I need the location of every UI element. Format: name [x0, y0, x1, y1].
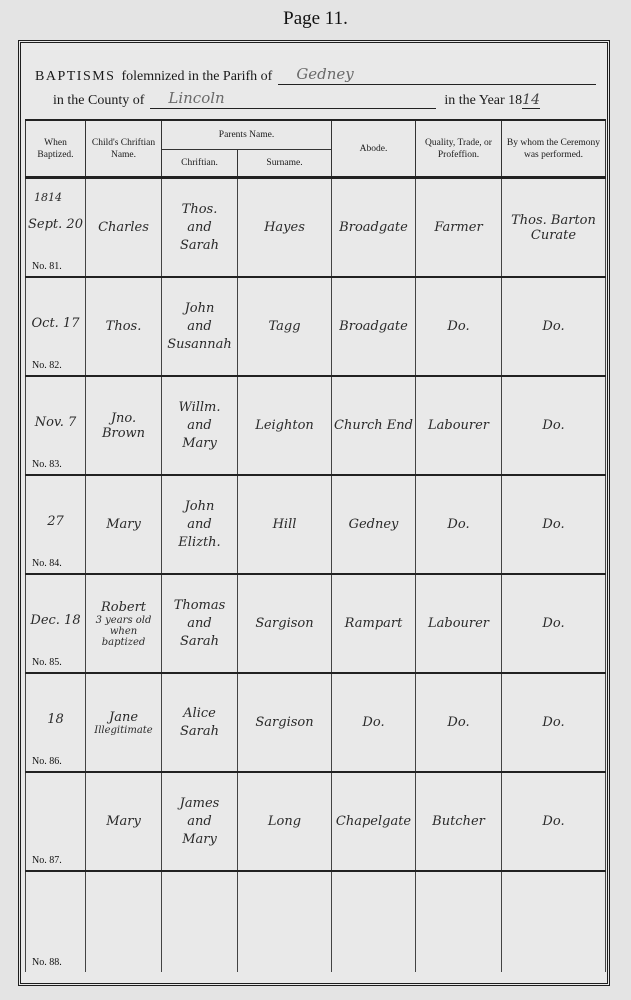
entry-father: John	[164, 498, 235, 516]
entry-date: Dec. 18	[28, 613, 83, 628]
heading-year-label: in the Year 18	[444, 93, 522, 109]
entry-number: No. 85.	[32, 657, 62, 668]
entry-mother: Susannah	[164, 336, 235, 354]
table-row: 1814Sept. 20No. 81. Charles Thos.andSara…	[26, 178, 606, 278]
county-field: Lincoln	[150, 88, 436, 109]
heading-baptisms: BAPTISMS	[35, 69, 115, 85]
table-row: No. 87. Mary JamesandMary Long Chapelgat…	[26, 772, 606, 871]
entry-number: No. 83.	[32, 459, 62, 470]
entry-mother: Sarah	[164, 237, 235, 255]
col-abode: Abode.	[332, 120, 416, 178]
entry-abode: Broadgate	[332, 277, 416, 376]
entry-by-whom: Do.	[502, 772, 606, 871]
entry-year: 1814	[34, 191, 62, 204]
entry-number: No. 87.	[32, 855, 62, 866]
entry-abode: Church End	[332, 376, 416, 475]
parish-field: Gedney	[278, 64, 596, 85]
entry-abode: Do.	[332, 673, 416, 772]
entry-quality: Farmer	[416, 178, 502, 278]
entry-mother: Mary	[164, 831, 235, 849]
entry-child: Mary	[86, 772, 162, 871]
entry-mother: Mary	[164, 435, 235, 453]
entry-father: John	[164, 300, 235, 318]
entry-and: and	[164, 318, 235, 336]
entry-surname	[238, 871, 332, 972]
page-title: Page 11.	[0, 8, 631, 30]
entry-number: No. 81.	[32, 261, 62, 272]
entry-quality: Do.	[416, 673, 502, 772]
entry-child: Mary	[86, 475, 162, 574]
entry-date: 18	[28, 712, 83, 727]
entry-surname: Long	[238, 772, 332, 871]
table-row: Nov. 7No. 83. Jno. Brown Willm.andMary L…	[26, 376, 606, 475]
entry-father: Thomas	[164, 597, 235, 615]
entry-parents-christian	[162, 871, 238, 972]
entry-number: No. 86.	[32, 756, 62, 767]
heading-parish-label: folemnized in the Parifh of	[121, 69, 272, 85]
entry-and: and	[164, 219, 235, 237]
entry-number: No. 82.	[32, 360, 62, 371]
entry-date: Oct. 17	[28, 316, 83, 331]
baptism-register-table: When Baptized. Child's Chriftian Name. P…	[25, 119, 606, 972]
entry-quality: Labourer	[416, 376, 502, 475]
entry-surname: Hayes	[238, 178, 332, 278]
entry-child-note: Illegitimate	[88, 725, 159, 736]
entry-by-whom: Do.	[502, 277, 606, 376]
entry-child	[86, 871, 162, 972]
entry-surname: Sargison	[238, 673, 332, 772]
entry-number: No. 88.	[32, 957, 62, 968]
entry-quality: Do.	[416, 475, 502, 574]
col-quality: Quality, Trade, or Profeffion.	[416, 120, 502, 178]
col-child-name: Child's Chriftian Name.	[86, 120, 162, 178]
year-field: 14	[522, 92, 540, 109]
entry-surname: Leighton	[238, 376, 332, 475]
register-heading: BAPTISMS folemnized in the Parifh of Ged…	[35, 61, 605, 109]
entry-by-whom: Do.	[502, 475, 606, 574]
table-row: 18No. 86. JaneIllegitimate AliceSarah Sa…	[26, 673, 606, 772]
entry-by-whom: Do.	[502, 376, 606, 475]
entry-date: 27	[28, 514, 83, 529]
entry-father: Thos.	[164, 201, 235, 219]
entry-mother: Elizth.	[164, 534, 235, 552]
entry-child: Robert	[101, 600, 146, 615]
entry-by-whom: Do.	[502, 574, 606, 673]
entry-quality: Butcher	[416, 772, 502, 871]
col-by-whom: By whom the Ceremony was performed.	[502, 120, 606, 178]
entry-and: and	[164, 417, 235, 435]
entry-child-note: 3 years old when baptized	[88, 615, 159, 648]
entry-and: and	[164, 615, 235, 633]
entry-father: Willm.	[164, 399, 235, 417]
entry-abode: Rampart	[332, 574, 416, 673]
col-parents-surname: Surname.	[238, 150, 332, 178]
entry-by-whom: Thos. Barton Curate	[502, 178, 606, 278]
table-row: No. 88.	[26, 871, 606, 972]
entry-date: Nov. 7	[28, 415, 83, 430]
entry-child: Charles	[86, 178, 162, 278]
entry-quality	[416, 871, 502, 972]
entry-child: Thos.	[86, 277, 162, 376]
col-when: When Baptized.	[26, 120, 86, 178]
entry-surname: Hill	[238, 475, 332, 574]
col-parents-name: Parents Name.	[162, 120, 332, 150]
heading-county-label: in the County of	[53, 93, 144, 109]
register-frame: BAPTISMS folemnized in the Parifh of Ged…	[18, 40, 610, 986]
entry-father: Alice	[164, 705, 235, 723]
entry-number: No. 84.	[32, 558, 62, 569]
entry-abode	[332, 871, 416, 972]
entry-by-whom: Do.	[502, 673, 606, 772]
entry-and: and	[164, 813, 235, 831]
entry-by-whom	[502, 871, 606, 972]
entry-father: James	[164, 795, 235, 813]
entry-mother: Sarah	[164, 633, 235, 651]
entry-child: Jno. Brown	[86, 376, 162, 475]
entry-quality: Do.	[416, 277, 502, 376]
col-parents-christian: Chriftian.	[162, 150, 238, 178]
table-row: 27No. 84. Mary JohnandElizth. Hill Gedne…	[26, 475, 606, 574]
entry-abode: Broadgate	[332, 178, 416, 278]
entry-abode: Gedney	[332, 475, 416, 574]
table-row: Oct. 17No. 82. Thos. JohnandSusannah Tag…	[26, 277, 606, 376]
entry-quality: Labourer	[416, 574, 502, 673]
entry-surname: Sargison	[238, 574, 332, 673]
entry-mother: Sarah	[164, 723, 235, 741]
entry-abode: Chapelgate	[332, 772, 416, 871]
entry-date: Sept. 20	[28, 217, 83, 232]
entry-child: Jane	[109, 710, 138, 725]
entry-and: and	[164, 516, 235, 534]
table-row: Dec. 18No. 85. Robert3 years old when ba…	[26, 574, 606, 673]
entry-surname: Tagg	[238, 277, 332, 376]
